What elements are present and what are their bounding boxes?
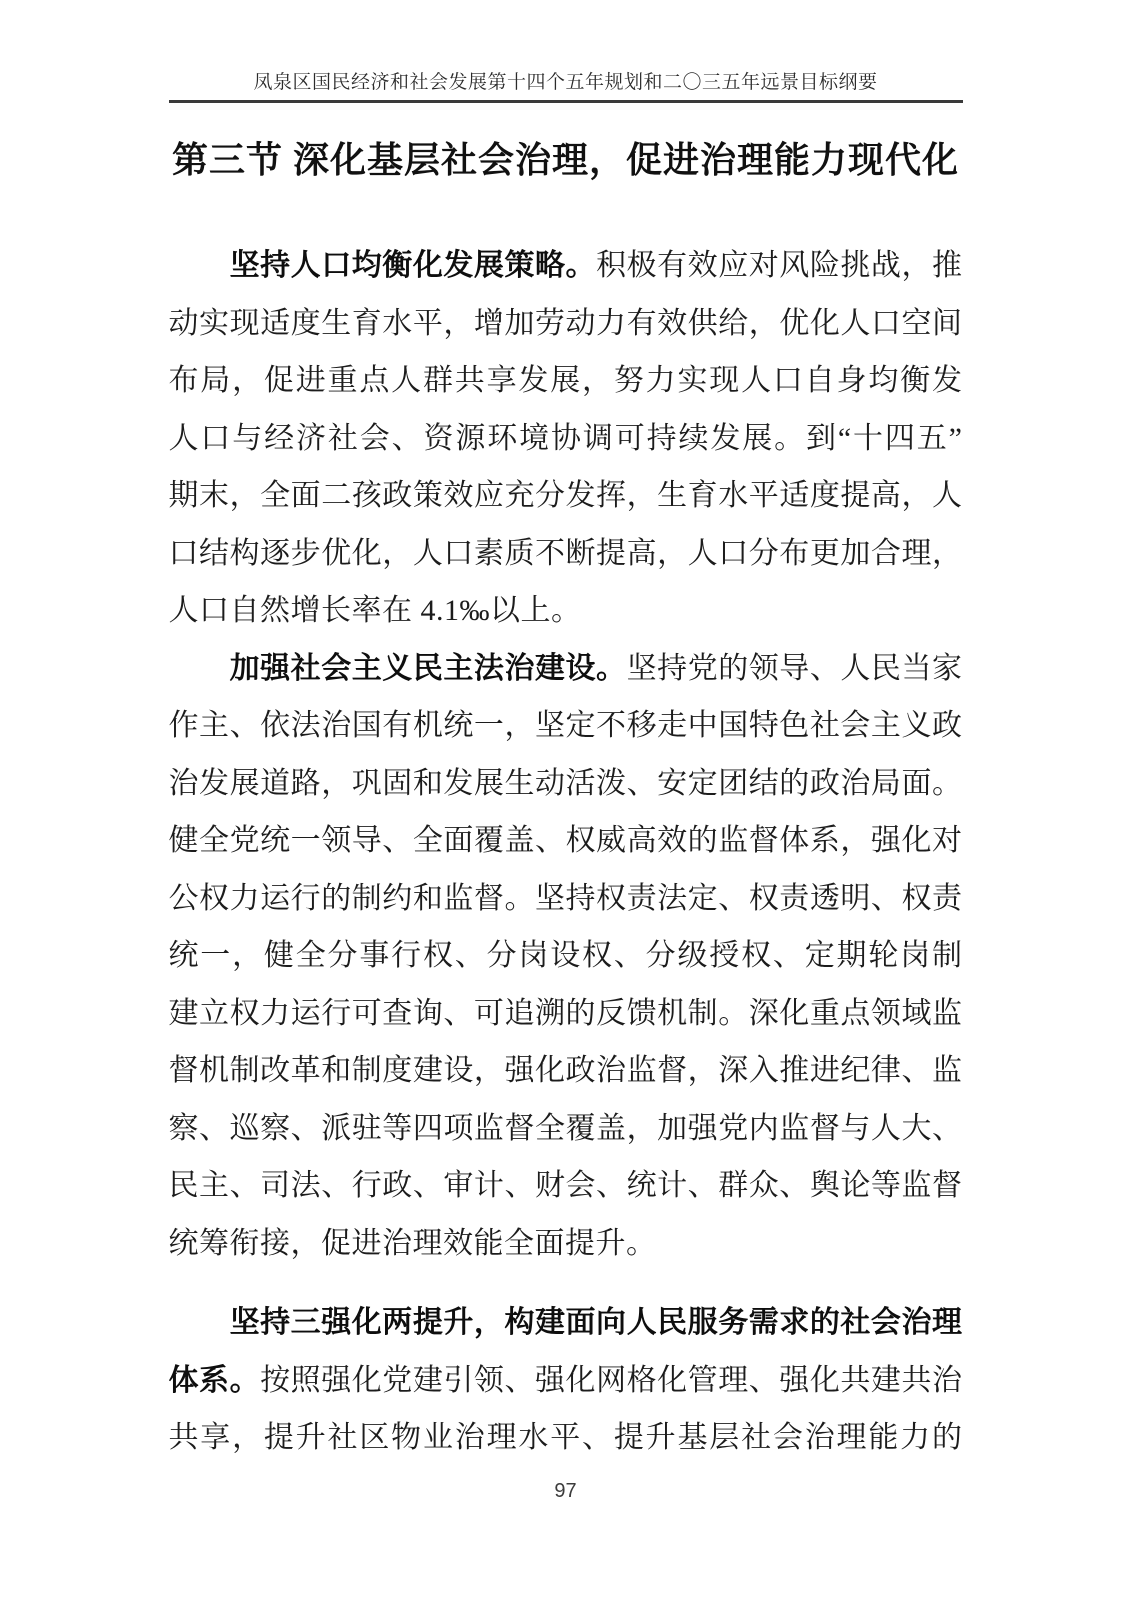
text-segment: 民主、司法、行政、审计、财会、统计、群众、舆论等监督 xyxy=(169,1169,963,1202)
text-segment: 积极有效应对风险挑战，推 xyxy=(596,249,962,282)
paragraph: 加强社会主义民主法治建设。坚持党的领导、人民当家作主、依法治国有机统一，坚定不移… xyxy=(169,640,963,1273)
text-line: 民主、司法、行政、审计、财会、统计、群众、舆论等监督 xyxy=(169,1157,963,1215)
page-footer: 97 xyxy=(0,1480,1131,1503)
bold-text-segment: 加强社会主义民主法治建设。 xyxy=(169,652,627,685)
text-segment: 公权力运行的制约和监督。坚持权责法定、权责透明、权责 xyxy=(169,882,963,915)
text-line: 建立权力运行可查询、可追溯的反馈机制。深化重点领域监 xyxy=(169,985,963,1043)
text-line: 加强社会主义民主法治建设。坚持党的领导、人民当家 xyxy=(169,640,963,698)
page-header: 凤泉区国民经济和社会发展第十四个五年规划和二〇三五年远景目标纲要 xyxy=(0,0,1131,103)
document-page: 凤泉区国民经济和社会发展第十四个五年规划和二〇三五年远景目标纲要 第三节 深化基… xyxy=(0,0,1131,1600)
header-rule xyxy=(169,100,963,103)
page-number: 97 xyxy=(554,1480,576,1502)
header-title: 凤泉区国民经济和社会发展第十四个五年规划和二〇三五年远景目标纲要 xyxy=(0,0,1131,94)
text-segment: 健全党统一领导、全面覆盖、权威高效的监督体系，强化对 xyxy=(169,824,963,857)
section-title: 第三节 深化基层社会治理，促进治理能力现代化 xyxy=(156,137,976,183)
bold-text-segment: 坚持三强化两提升，构建面向人民服务需求的社会治理 xyxy=(169,1306,963,1339)
text-segment: 口结构逐步优化，人口素质不断提高，人口分布更加合理， xyxy=(169,537,963,570)
text-line: 共享，提升社区物业治理水平、提升基层社会治理能力的 xyxy=(169,1409,963,1467)
text-line: 期末，全面二孩政策效应充分发挥，生育水平适度提高，人 xyxy=(169,467,963,525)
text-segment: 动实现适度生育水平，增加劳动力有效供给，优化人口空间 xyxy=(169,307,963,340)
text-line: 体系。按照强化党建引领、强化网格化管理、强化共建共治 xyxy=(169,1352,963,1410)
text-segment: 治发展道路，巩固和发展生动活泼、安定团结的政治局面。 xyxy=(169,767,963,800)
text-segment: 期末，全面二孩政策效应充分发挥，生育水平适度提高，人 xyxy=(169,479,963,512)
text-line: 督机制改革和制度建设，强化政治监督，深入推进纪律、监 xyxy=(169,1042,963,1100)
text-line: 坚持三强化两提升，构建面向人民服务需求的社会治理 xyxy=(169,1294,963,1352)
document-body: 坚持人口均衡化发展策略。积极有效应对风险挑战，推动实现适度生育水平，增加劳动力有… xyxy=(169,237,963,1467)
text-segment: 察、巡察、派驻等四项监督全覆盖，加强党内监督与人大、 xyxy=(169,1112,963,1145)
text-line: 人口与经济社会、资源环境协调可持续发展。到“十四五” xyxy=(169,410,963,468)
text-segment: 统筹衔接，促进治理效能全面提升。 xyxy=(169,1227,657,1260)
text-segment: 按照强化党建引领、强化网格化管理、强化共建共治 xyxy=(260,1364,962,1397)
bold-text-segment: 体系。 xyxy=(169,1364,261,1397)
text-line: 统筹衔接，促进治理效能全面提升。 xyxy=(169,1215,963,1273)
paragraph: 坚持人口均衡化发展策略。积极有效应对风险挑战，推动实现适度生育水平，增加劳动力有… xyxy=(169,237,963,640)
text-segment: 作主、依法治国有机统一，坚定不移走中国特色社会主义政 xyxy=(169,709,963,742)
text-line: 布局，促进重点人群共享发展，努力实现人口自身均衡发展， xyxy=(169,352,963,410)
text-segment: 布局，促进重点人群共享发展，努力实现人口自身均衡发展， xyxy=(169,364,963,410)
text-line: 口结构逐步优化，人口素质不断提高，人口分布更加合理， xyxy=(169,525,963,583)
text-line: 人口自然增长率在 4.1‰以上。 xyxy=(169,582,963,640)
text-segment: 督机制改革和制度建设，强化政治监督，深入推进纪律、监 xyxy=(169,1054,963,1087)
text-line: 动实现适度生育水平，增加劳动力有效供给，优化人口空间 xyxy=(169,295,963,353)
text-segment: 人口自然增长率在 4.1‰以上。 xyxy=(169,594,582,627)
text-line: 统一，健全分事行权、分岗设权、分级授权、定期轮岗制度， xyxy=(169,927,963,985)
text-line: 坚持人口均衡化发展策略。积极有效应对风险挑战，推 xyxy=(169,237,963,295)
text-line: 公权力运行的制约和监督。坚持权责法定、权责透明、权责 xyxy=(169,870,963,928)
text-segment: 统一，健全分事行权、分岗设权、分级授权、定期轮岗制度， xyxy=(169,939,963,985)
text-line: 治发展道路，巩固和发展生动活泼、安定团结的政治局面。 xyxy=(169,755,963,813)
text-segment: 人口与经济社会、资源环境协调可持续发展。到“十四五” xyxy=(169,422,963,455)
text-line: 作主、依法治国有机统一，坚定不移走中国特色社会主义政 xyxy=(169,697,963,755)
text-segment: 坚持党的领导、人民当家 xyxy=(627,652,963,685)
text-segment: 共享，提升社区物业治理水平、提升基层社会治理能力的 xyxy=(169,1421,963,1454)
text-segment: 建立权力运行可查询、可追溯的反馈机制。深化重点领域监 xyxy=(169,997,963,1030)
text-line: 健全党统一领导、全面覆盖、权威高效的监督体系，强化对 xyxy=(169,812,963,870)
bold-text-segment: 坚持人口均衡化发展策略。 xyxy=(169,249,597,282)
paragraph: 坚持三强化两提升，构建面向人民服务需求的社会治理体系。按照强化党建引领、强化网格… xyxy=(169,1294,963,1467)
text-line: 察、巡察、派驻等四项监督全覆盖，加强党内监督与人大、 xyxy=(169,1100,963,1158)
